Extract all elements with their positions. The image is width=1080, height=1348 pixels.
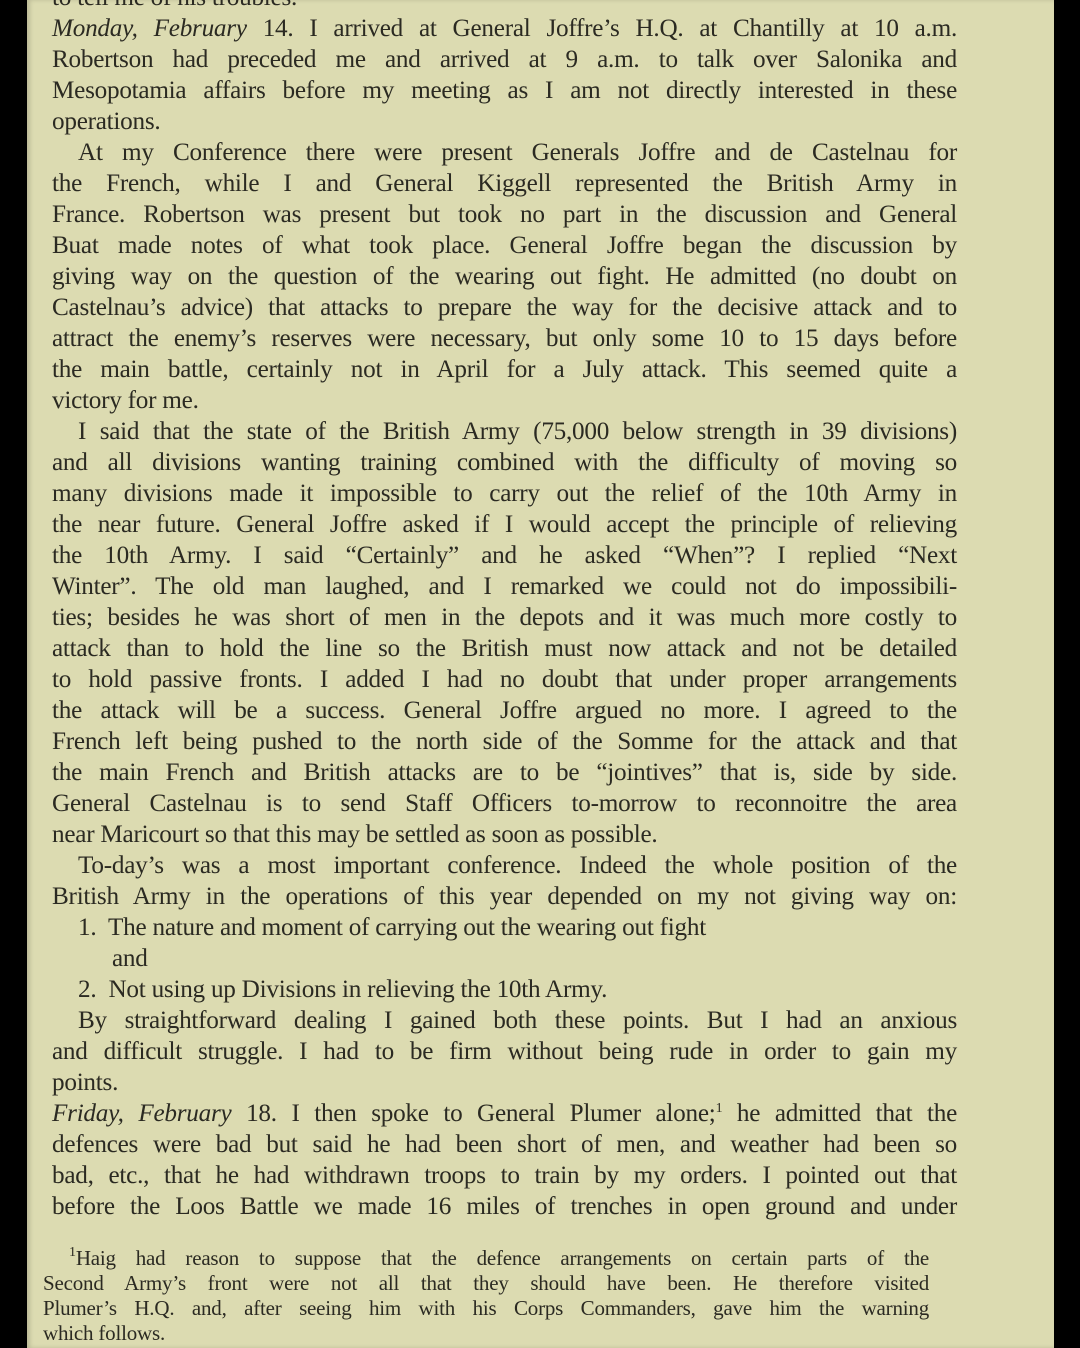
paragraph-line: British Army in the operations of this y… bbox=[52, 881, 957, 912]
footnote: 1Haig had reason to suppose that the def… bbox=[43, 1246, 929, 1346]
paragraph-line: the attack will be a success. General Jo… bbox=[52, 695, 957, 726]
footnote-line: Second Army’s front were not all that th… bbox=[43, 1271, 929, 1296]
footnote-marker: 1 bbox=[69, 1245, 76, 1260]
entry-date: Friday, February bbox=[52, 1100, 231, 1127]
book-page: to tell me of his troubles. Monday, Febr… bbox=[27, 0, 1054, 1348]
paragraph-line: and difficult struggle. I had to be firm… bbox=[52, 1036, 957, 1067]
list-item-1: 1. The nature and moment of carrying out… bbox=[52, 912, 957, 943]
paragraph-line: ties; besides he was short of men in the… bbox=[52, 602, 957, 633]
paragraph-line: Buat made notes of what took place. Gene… bbox=[52, 230, 957, 261]
paragraph-line: giving way on the question of the wearin… bbox=[52, 261, 957, 292]
entry-line: Friday, February 18. I then spoke to Gen… bbox=[52, 1098, 957, 1129]
paragraph-line: By straightforward dealing I gained both… bbox=[52, 1005, 957, 1036]
entry-line: Mesopotamia affairs before my meeting as… bbox=[52, 75, 957, 106]
list-number: 1. bbox=[78, 914, 96, 941]
paragraph-line: near Maricourt so that this may be settl… bbox=[52, 819, 957, 850]
paragraph-line: General Castelnau is to send Staff Offic… bbox=[52, 788, 957, 819]
paragraph-line: Castelnau’s advice) that attacks to prep… bbox=[52, 292, 957, 323]
paragraph-line: Winter”. The old man laughed, and I rema… bbox=[52, 571, 957, 602]
paragraph-line: To-day’s was a most important conference… bbox=[52, 850, 957, 881]
paragraph-line: many divisions made it impossible to car… bbox=[52, 478, 957, 509]
paragraph-line: victory for me. bbox=[52, 385, 957, 416]
body-text: to tell me of his troubles. Monday, Febr… bbox=[52, 0, 957, 1222]
paragraph-line: At my Conference there were present Gene… bbox=[52, 137, 957, 168]
list-connector: and bbox=[52, 943, 957, 974]
paragraph-line: to hold passive fronts. I added I had no… bbox=[52, 664, 957, 695]
paragraph-line: attack than to hold the line so the Brit… bbox=[52, 633, 957, 664]
paragraph-line: I said that the state of the British Arm… bbox=[52, 416, 957, 447]
paragraph-line: the French, while I and General Kiggell … bbox=[52, 168, 957, 199]
footnote-line: which follows. bbox=[43, 1321, 929, 1346]
paragraph-line: the main battle, certainly not in April … bbox=[52, 354, 957, 385]
entry-line: Monday, February 14. I arrived at Genera… bbox=[52, 13, 957, 44]
paragraph-line: attract the enemy’s reserves were necess… bbox=[52, 323, 957, 354]
paragraph-line: and all divisions wanting training combi… bbox=[52, 447, 957, 478]
footnote-line: Plumer’s H.Q. and, after seeing him with… bbox=[43, 1296, 929, 1321]
paragraph-line: before the Loos Battle we made 16 miles … bbox=[52, 1191, 957, 1222]
entry-line: Robertson had preceded me and arrived at… bbox=[52, 44, 957, 75]
paragraph-line: the 10th Army. I said “Certainly” and he… bbox=[52, 540, 957, 571]
partial-line: to tell me of his troubles. bbox=[52, 0, 957, 13]
entry-date: Monday, February bbox=[52, 15, 247, 42]
paragraph-line: the main French and British attacks are … bbox=[52, 757, 957, 788]
entry-line: operations. bbox=[52, 106, 957, 137]
paragraph-line: defences were bad but said he had been s… bbox=[52, 1129, 957, 1160]
list-number: 2. bbox=[78, 976, 96, 1003]
paragraph-line: points. bbox=[52, 1067, 957, 1098]
list-item-2: 2. Not using up Divisions in relieving t… bbox=[52, 974, 957, 1005]
paragraph-line: the near future. General Joffre asked if… bbox=[52, 509, 957, 540]
paragraph-line: bad, etc., that he had withdrawn troops … bbox=[52, 1160, 957, 1191]
footnote-line: 1Haig had reason to suppose that the def… bbox=[43, 1246, 929, 1271]
paragraph-line: French left being pushed to the north si… bbox=[52, 726, 957, 757]
paragraph-line: France. Robertson was present but took n… bbox=[52, 199, 957, 230]
